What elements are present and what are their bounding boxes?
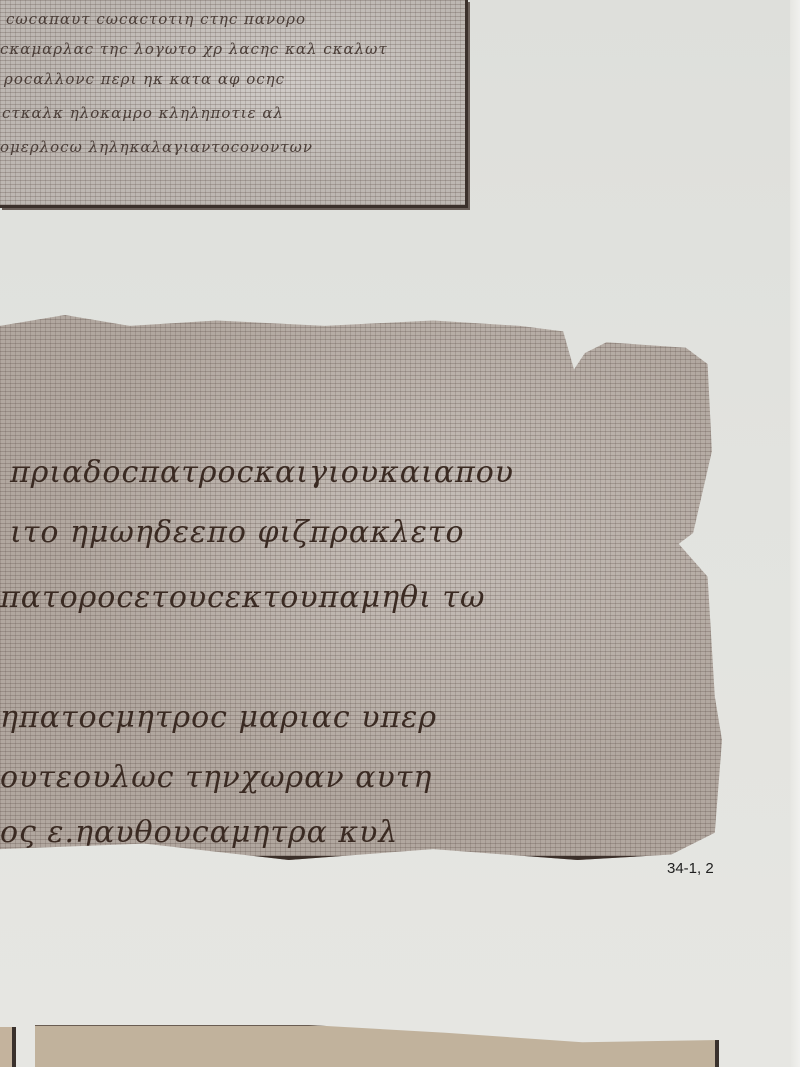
handwritten-line: ουτεουλωϲ τηνχωραν αυτη (0, 760, 432, 795)
handwritten-line: ϲκαμαρλαϲ τηϲ λογωτο χρ λαϲηϲ καλ ϲκαλωτ (0, 40, 388, 58)
handwritten-line: πριαδοϲπατροϲκαιγιουκαιαπου (10, 455, 514, 490)
papyrus-fragment-bottom-left (0, 1027, 16, 1067)
handwritten-line: ηπατοϲμητροϲ μαριαϲ υπερ (0, 700, 437, 735)
handwritten-line: ος ε.ηαυθουϲαμητρα κυλ (0, 815, 398, 850)
handwritten-line: πατοροϲετουϲεκτουπαμηθι τω (0, 580, 485, 615)
papyrus-fragment-bottom (35, 1025, 719, 1067)
handwritten-line: ομερλοϲω ληληκαλαγιαντοϲονοντων (0, 138, 313, 156)
handwritten-line: ροϲαλλονϲ περι ηκ κατα αφ οϲηϲ (4, 70, 285, 88)
figure-caption: 34-1, 2 (667, 860, 714, 877)
page-edge (790, 0, 800, 1067)
handwritten-line: ϲτκαλκ ηλοκαμρο κληληποτιε αλ (2, 104, 284, 122)
handwritten-line: ϲωϲαπαυτ ϲωϲαϲτοτιη ϲτηϲ πανορο (6, 10, 306, 28)
handwritten-line: ιτο ημωηδεεπο φιζπρακλετο (10, 515, 465, 550)
papyrus-fragment-top: ϲωϲαπαυτ ϲωϲαϲτοτιη ϲτηϲ πανορο ϲκαμαρλα… (0, 0, 468, 208)
papyrus-fragment-main: πριαδοϲπατροϲκαιγιουκαιαπου ιτο ημωηδεεπ… (0, 315, 722, 860)
